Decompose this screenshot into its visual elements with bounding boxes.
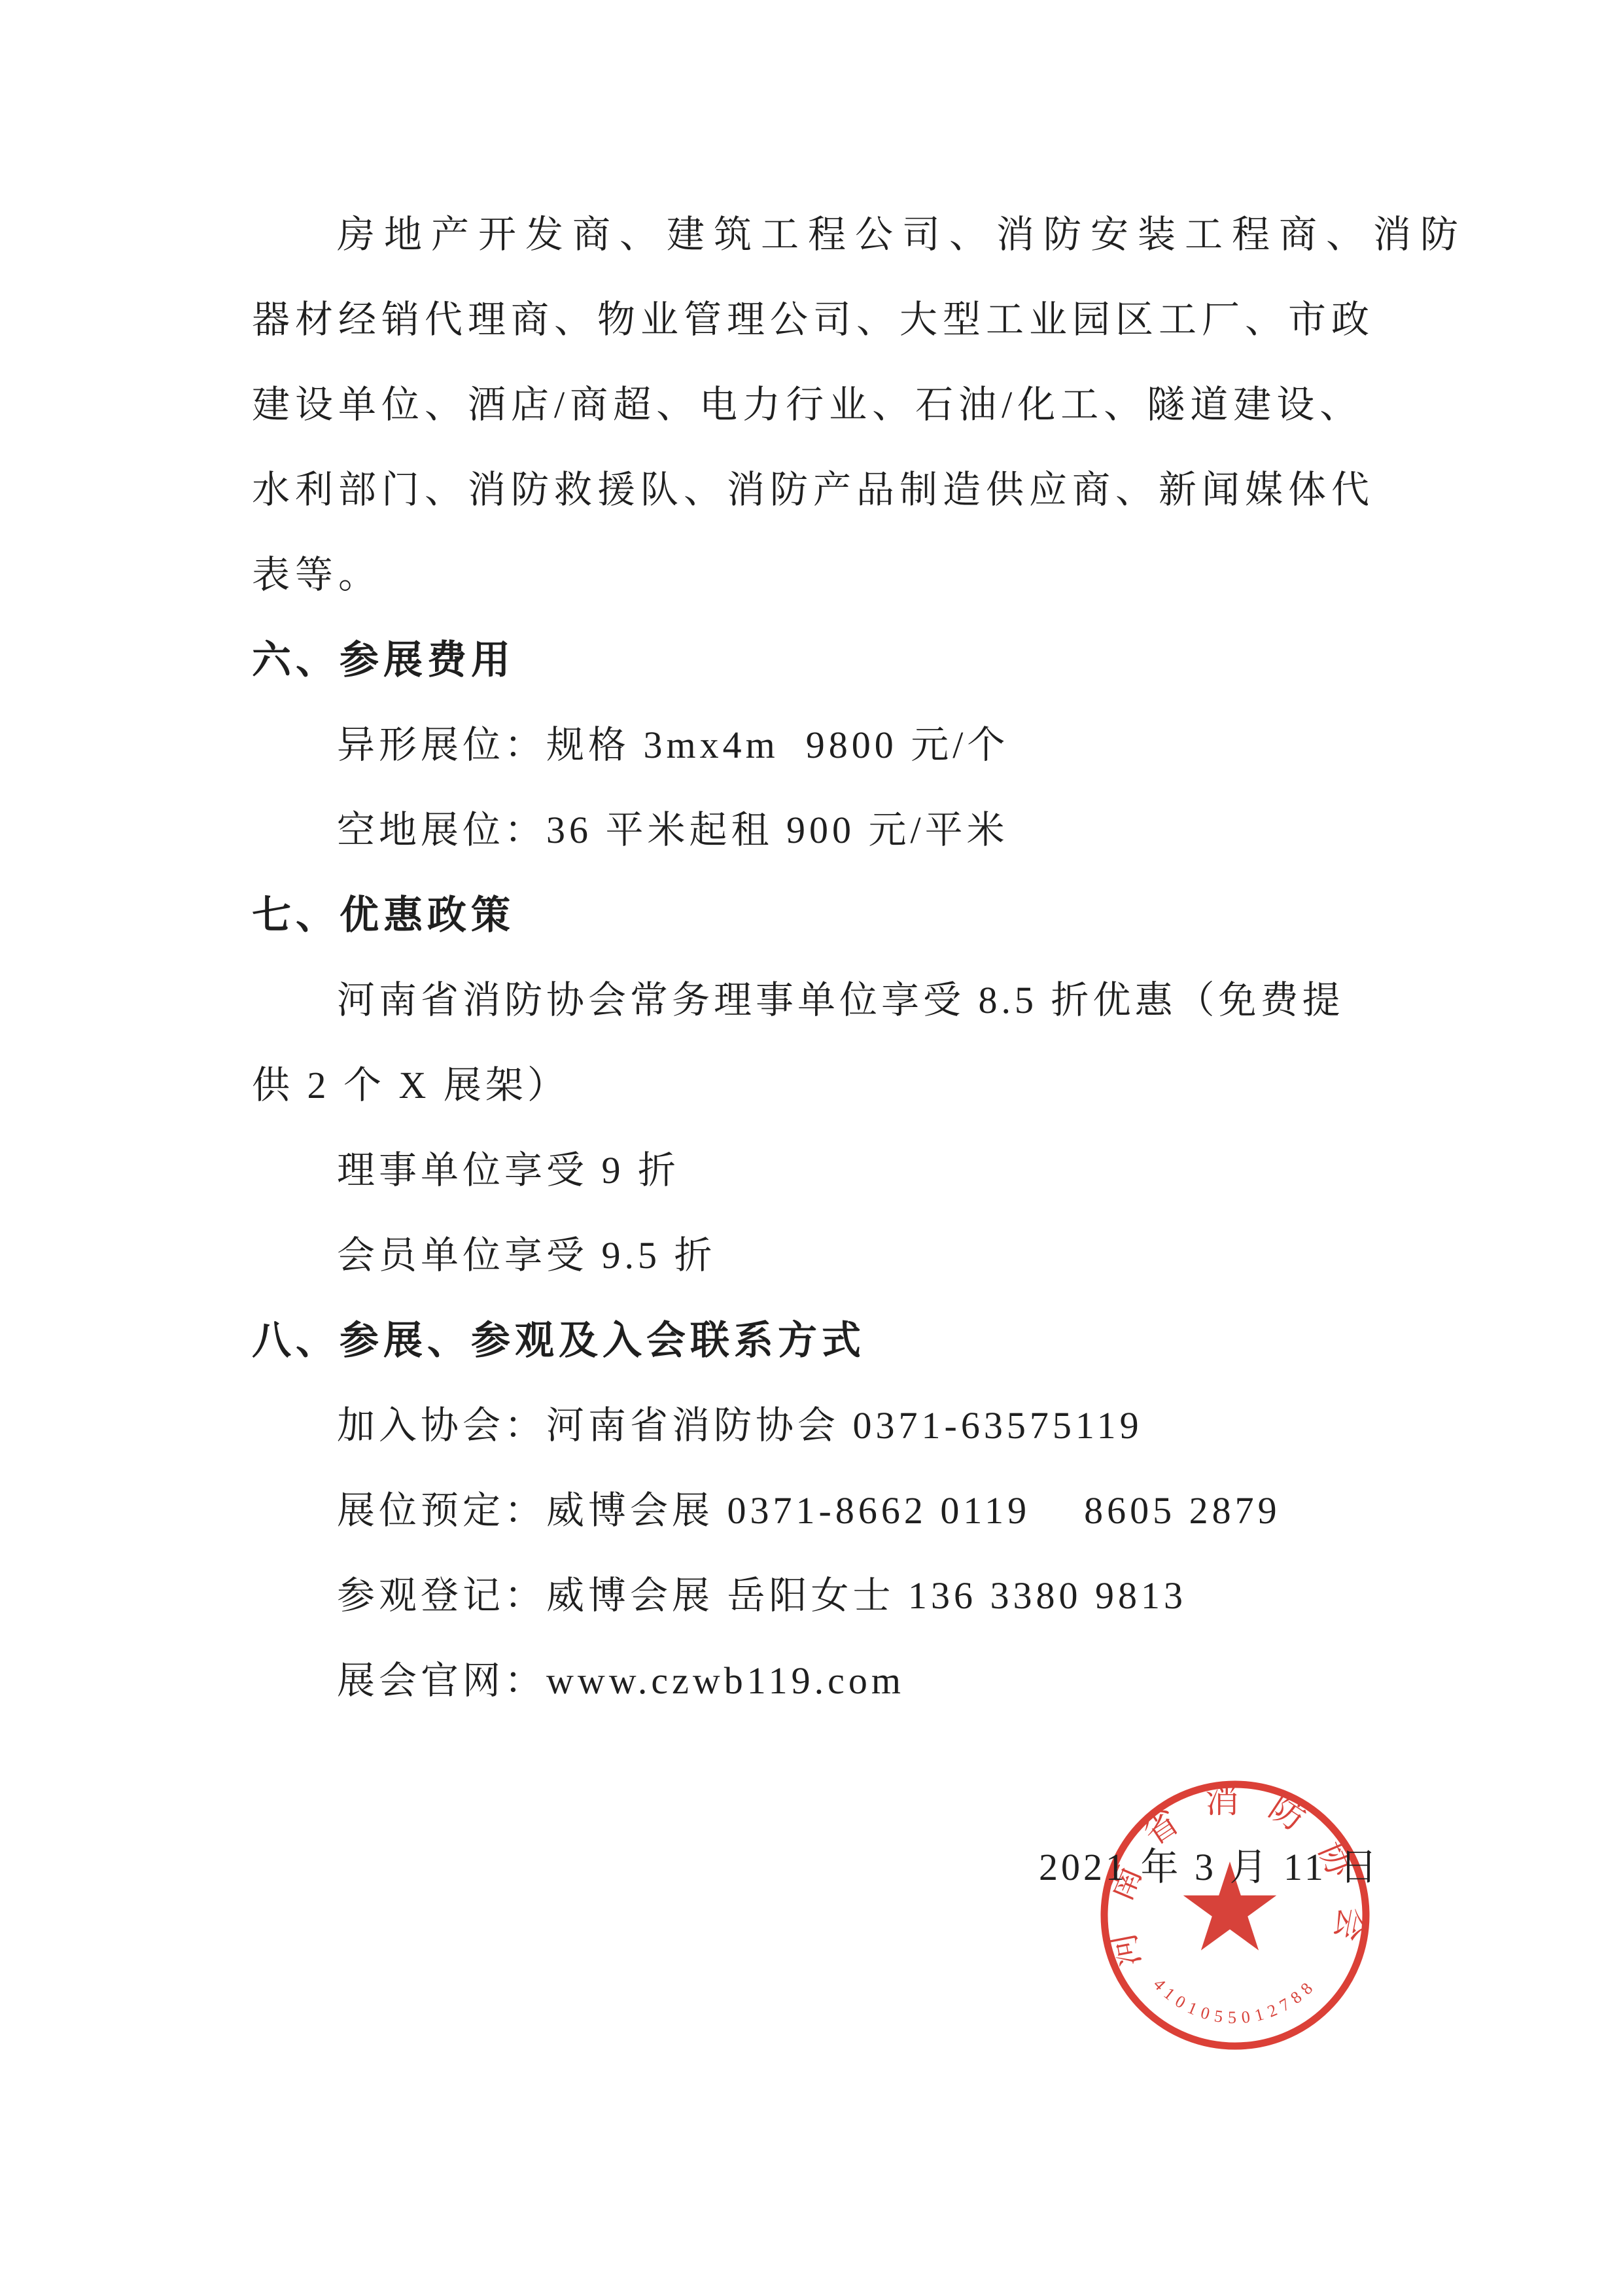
document-date: 2021 年 3 月 11 日 — [1039, 1836, 1380, 1891]
audience-paragraph-line: 房地产开发商、建筑工程公司、消防安装工程商、消防 — [252, 192, 1403, 277]
document-body: 房地产开发商、建筑工程公司、消防安装工程商、消防 器材经销代理商、物业管理公司、… — [252, 192, 1403, 1723]
contacts-section-heading: 八、参展、参观及入会联系方式 — [252, 1298, 1403, 1383]
contact-line-visitor-registration: 参观登记：威博会展 岳阳女士 136 3380 9813 — [252, 1553, 1403, 1638]
contact-line-association: 加入协会：河南省消防协会 0371-63575119 — [252, 1383, 1403, 1468]
discount-line: 会员单位享受 9.5 折 — [252, 1213, 1403, 1298]
discount-line: 供 2 个 X 展架） — [252, 1043, 1403, 1128]
fees-section-heading: 六、参展费用 — [252, 618, 1403, 703]
seal-serial-number-text: 4101055012788 — [1150, 1975, 1321, 2027]
contact-line-website: 展会官网：www.czwb119.com — [252, 1638, 1403, 1723]
contact-line-booth-booking: 展位预定：威博会展 0371-8662 0119 8605 2879 — [252, 1468, 1403, 1553]
discounts-section-heading: 七、优惠政策 — [252, 873, 1403, 958]
audience-paragraph-line: 表等。 — [252, 533, 1403, 618]
audience-paragraph-line: 水利部门、消防救援队、消防产品制造供应商、新闻媒体代 — [252, 448, 1403, 533]
discount-line: 理事单位享受 9 折 — [252, 1128, 1403, 1213]
fee-line: 异形展位：规格 3mx4m 9800 元/个 — [252, 703, 1403, 788]
discount-line: 河南省消防协会常务理事单位享受 8.5 折优惠（免费提 — [252, 958, 1403, 1043]
fee-line: 空地展位：36 平米起租 900 元/平米 — [252, 788, 1403, 873]
official-seal: 河南省消防协会 4101055012788 — [1091, 1771, 1379, 2059]
document-page: 房地产开发商、建筑工程公司、消防安装工程商、消防 器材经销代理商、物业管理公司、… — [0, 0, 1623, 2296]
audience-paragraph-line: 器材经销代理商、物业管理公司、大型工业园区工厂、市政 — [252, 277, 1403, 362]
audience-paragraph-line: 建设单位、酒店/商超、电力行业、石油/化工、隧道建设、 — [252, 362, 1403, 448]
